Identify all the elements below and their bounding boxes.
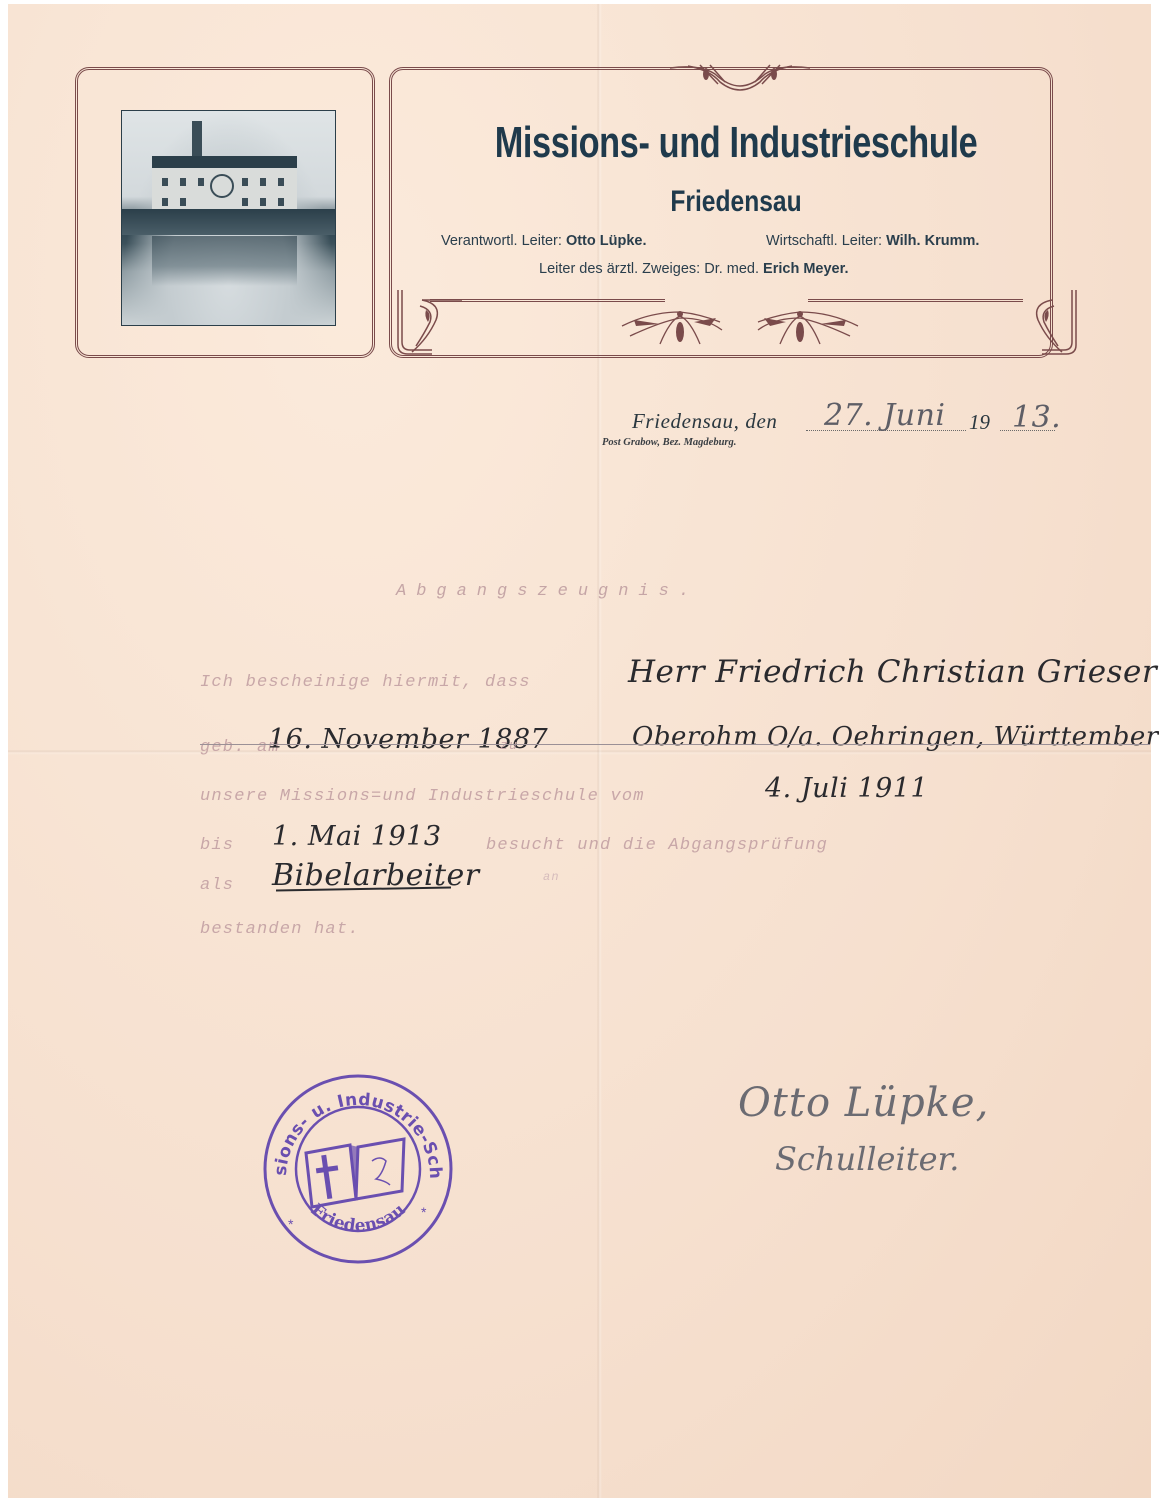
signature-name: Otto Lüpke, xyxy=(738,1080,989,1126)
typed-text: Ich bescheinige hiermit, dass xyxy=(200,673,531,692)
school-title: Missions- und Industrieschule xyxy=(466,118,1006,168)
center-floral-ornament-icon xyxy=(620,300,860,350)
staff-role: Wirtschaftl. Leiter: xyxy=(766,233,882,249)
staff-name: Erich Meyer. xyxy=(763,261,848,277)
date-place: Friedensau, den xyxy=(632,409,777,434)
stamp-star-right: * xyxy=(421,1204,427,1220)
staff-role: Verantwortl. Leiter: xyxy=(441,233,562,249)
stamp-star-left: * xyxy=(288,1216,294,1232)
typed-text: unsere Missions=und Industrieschule vom xyxy=(200,787,645,806)
school-building-photo xyxy=(121,110,336,326)
school-location: Friedensau xyxy=(452,185,1019,219)
staff-director: Verantwortl. Leiter: Otto Lüpke. xyxy=(441,233,647,249)
typed-text: besucht und die Abgangsprüfung xyxy=(486,836,828,855)
handwritten-birthplace: Oberohm O/a. Oehringen, Württemberg xyxy=(632,722,1159,752)
post-address: Post Grabow, Bez. Magdeburg. xyxy=(602,437,736,448)
strike-line xyxy=(200,744,1150,745)
handwritten-year-suffix: 13. xyxy=(1012,400,1061,435)
typed-text: als xyxy=(200,876,234,895)
handwritten-end-date: 1. Mai 1913 xyxy=(272,821,442,852)
year-prefix: 19 xyxy=(969,410,990,435)
school-seal-stamp: Missions- u. Industrie-Schule Friedensau… xyxy=(258,1067,458,1267)
handwritten-name: Herr Friedrich Christian Grieser xyxy=(628,654,1157,690)
typed-text: bestanden hat. xyxy=(200,920,360,939)
typed-text: an xyxy=(543,870,560,884)
staff-name: Otto Lüpke. xyxy=(566,233,647,249)
staff-prefix: Dr. med. xyxy=(704,261,759,277)
handwritten-day-month: 27. Juni xyxy=(824,398,946,433)
typed-text: bis xyxy=(200,836,234,855)
top-ornament-icon xyxy=(670,60,810,96)
water-reflection xyxy=(152,236,297,286)
staff-name: Wilh. Krumm. xyxy=(886,233,979,249)
trees-shape xyxy=(122,209,335,235)
staff-medical-director: Leiter des ärztl. Zweiges: Dr. med. Eric… xyxy=(539,261,848,277)
signature-title: Schulleiter. xyxy=(775,1140,959,1178)
handwritten-start-date: 4. Juli 1911 xyxy=(765,773,928,804)
open-book-with-cross-icon xyxy=(306,1139,404,1207)
typed-text: zu xyxy=(500,738,518,753)
certificate-heading: Abgangszeugnis. xyxy=(396,582,699,601)
staff-economic-director: Wirtschaftl. Leiter: Wilh. Krumm. xyxy=(766,233,979,249)
staff-role: Leiter des ärztl. Zweiges: xyxy=(539,261,700,277)
